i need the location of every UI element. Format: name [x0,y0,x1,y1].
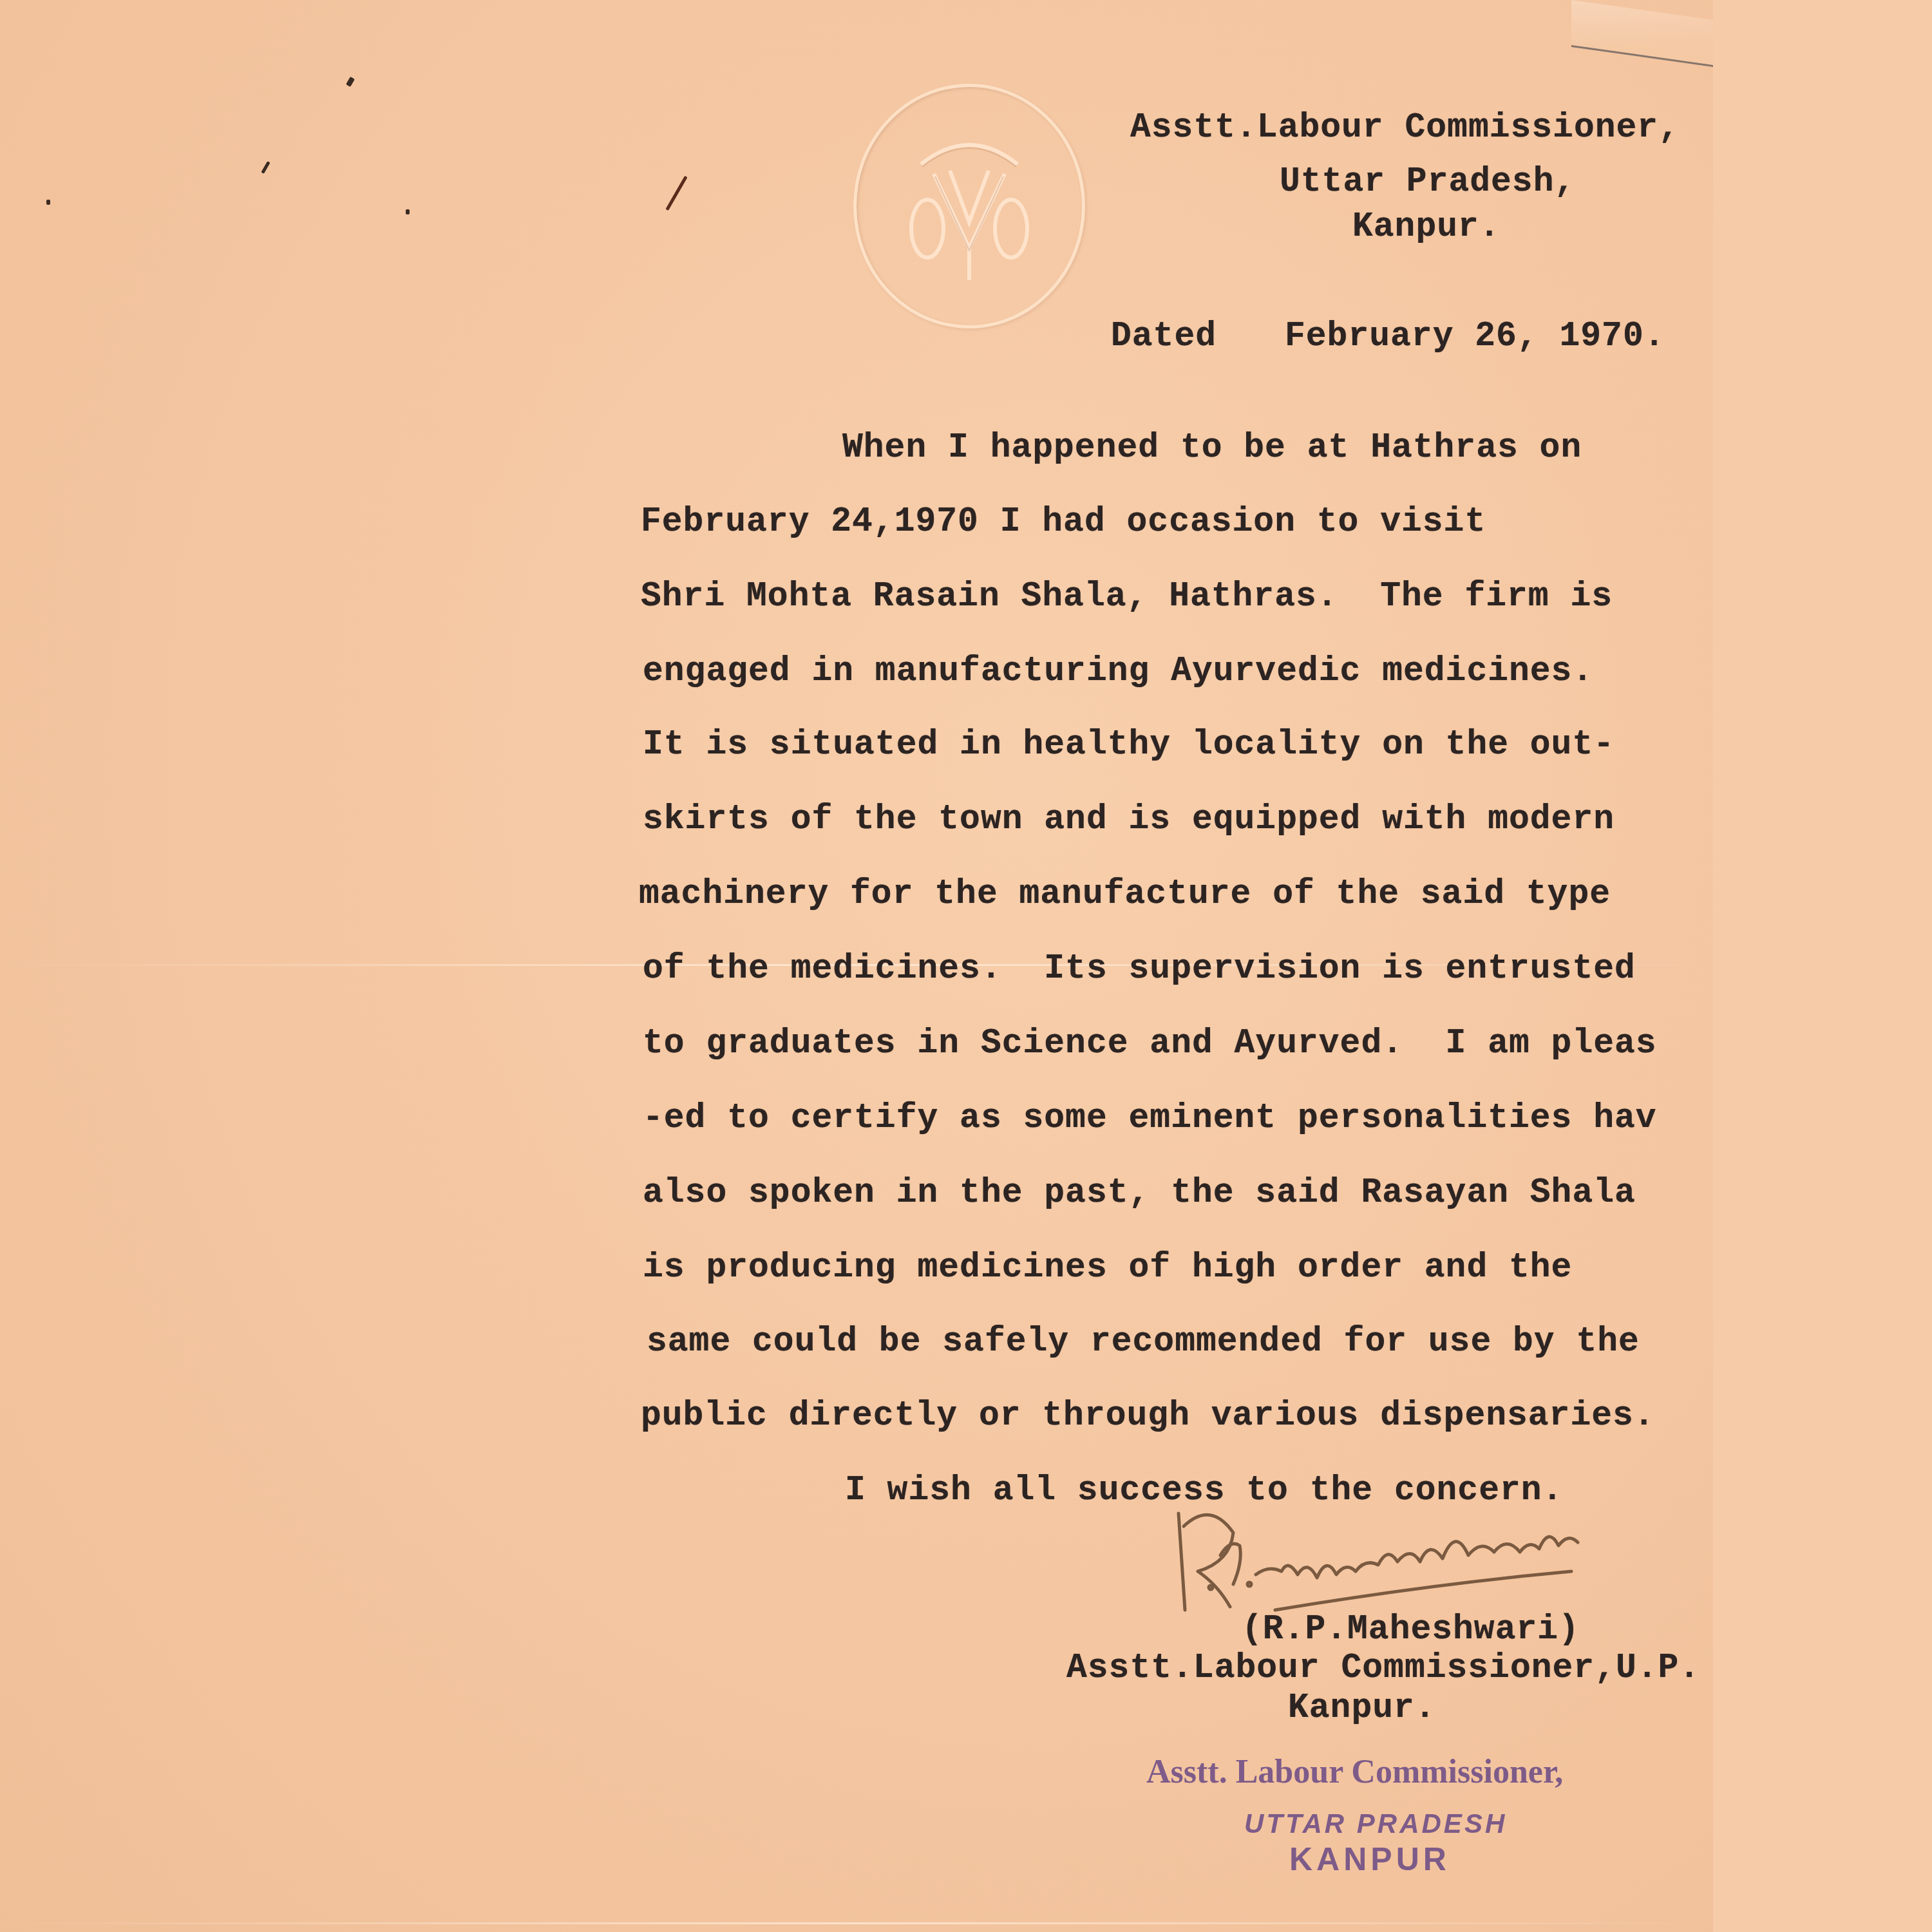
letterhead-office: Asstt.Labour Commissioner, [1130,108,1680,147]
body-line: -ed to certify as some eminent personali… [643,1099,1657,1137]
letterhead-state: Uttar Pradesh, [1280,162,1575,201]
date-label: Dated [1111,317,1217,355]
body-line: is producing medicines of high order and… [643,1248,1572,1287]
body-line: February 24,1970 I had occasion to visit [641,502,1486,541]
body-line: When I happened to be at Hathras on [842,428,1582,467]
stamp-state: UTTAR PRADESH [1244,1808,1507,1839]
body-line: It is situated in healthy locality on th… [643,725,1615,764]
signatory-title: Asstt.Labour Commissioner,U.P. [1066,1649,1700,1687]
stamp-office: Asstt. Labour Commissioner, [1146,1753,1563,1791]
body-line: engaged in manufacturing Ayurvedic medic… [643,652,1593,690]
scan-background [1713,0,1932,1932]
signatory-place: Kanpur. [1288,1689,1436,1727]
body-line: to graduates in Science and Ayurved. I a… [643,1024,1657,1063]
paper-speck [406,209,410,214]
paper-speck [46,200,50,205]
signatory-name: (R.P.Maheshwari) [1242,1610,1580,1649]
stamp-city: KANPUR [1289,1841,1450,1878]
body-line: of the medicines. Its supervision is ent… [643,949,1636,988]
state-emblem-seal [853,84,1085,328]
letterhead-city: Kanpur. [1352,207,1501,246]
body-line: skirts of the town and is equipped with … [643,800,1615,838]
paper-fold-line [0,1922,1713,1924]
date-value: February 26, 1970. [1285,317,1665,355]
body-line: also spoken in the past, the said Rasaya… [643,1173,1636,1212]
body-line: public directly or through various dispe… [641,1396,1655,1435]
body-line: machinery for the manufacture of the sai… [639,875,1611,913]
body-line: Shri Mohta Rasain Shala, Hathras. The fi… [641,577,1613,616]
emblem-icon [895,126,1043,287]
body-line: same could be safely recommended for use… [647,1322,1640,1361]
